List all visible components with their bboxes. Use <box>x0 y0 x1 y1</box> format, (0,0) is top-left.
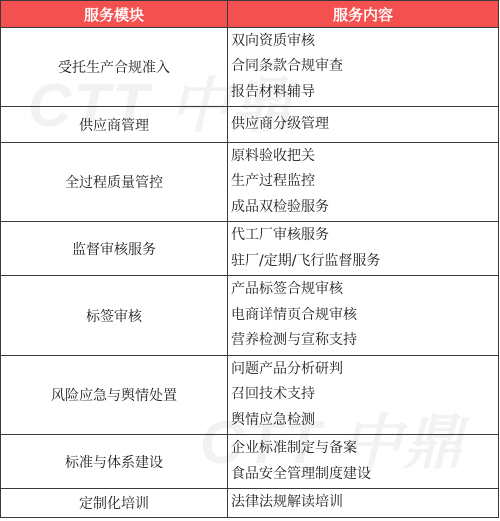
content-cell: 代工厂审核服务 驻厂/定期/飞行监督服务 <box>228 222 499 276</box>
table-row: 全过程质量管控 原料验收把关 生产过程监控 成品双检验服务 <box>1 143 499 222</box>
module-cell: 全过程质量管控 <box>1 143 228 222</box>
table-row: 标签审核 产品标签合规审核 电商详情页合规审核 营养检测与宣称支持 <box>1 276 499 356</box>
module-cell: 受托生产合规准入 <box>1 28 228 107</box>
content-item: 生产过程监控 <box>231 169 498 195</box>
module-cell: 标签审核 <box>1 276 228 356</box>
content-item: 原料验收把关 <box>231 144 498 170</box>
table-row: 监督审核服务 代工厂审核服务 驻厂/定期/飞行监督服务 <box>1 222 499 276</box>
table-row: 定制化培训 法律法规解读培训 <box>1 489 499 518</box>
header-service-module: 服务模块 <box>1 1 228 28</box>
content-item: 召回技术支持 <box>231 382 498 408</box>
module-cell: 供应商管理 <box>1 107 228 143</box>
content-item: 代工厂审核服务 <box>231 223 498 249</box>
content-cell: 产品标签合规审核 电商详情页合规审核 营养检测与宣称支持 <box>228 276 499 356</box>
module-cell: 监督审核服务 <box>1 222 228 276</box>
content-item: 电商详情页合规审核 <box>231 303 498 329</box>
content-item: 食品安全管理制度建设 <box>231 462 498 488</box>
header-service-content: 服务内容 <box>228 1 499 28</box>
module-cell: 标准与体系建设 <box>1 435 228 489</box>
module-cell: 风险应急与舆情处置 <box>1 356 228 435</box>
table-row: 风险应急与舆情处置 问题产品分析研判 召回技术支持 舆情应急检测 <box>1 356 499 435</box>
content-cell: 法律法规解读培训 <box>228 489 499 518</box>
content-cell: 问题产品分析研判 召回技术支持 舆情应急检测 <box>228 356 499 435</box>
table-row: 受托生产合规准入 双向资质审核 合同条款合规审查 报告材料辅导 <box>1 28 499 107</box>
table-row: 供应商管理 供应商分级管理 <box>1 107 499 143</box>
content-item: 产品标签合规审核 <box>231 277 498 303</box>
module-cell: 定制化培训 <box>1 489 228 518</box>
header-row: 服务模块 服务内容 <box>1 1 499 28</box>
content-cell: 双向资质审核 合同条款合规审查 报告材料辅导 <box>228 28 499 107</box>
content-item: 法律法规解读培训 <box>231 490 498 516</box>
table-row: 标准与体系建设 企业标准制定与备案 食品安全管理制度建设 <box>1 435 499 489</box>
content-cell: 企业标准制定与备案 食品安全管理制度建设 <box>228 435 499 489</box>
content-item: 供应商分级管理 <box>231 112 498 138</box>
content-item: 问题产品分析研判 <box>231 357 498 383</box>
content-item: 合同条款合规审查 <box>231 54 498 80</box>
content-item: 报告材料辅导 <box>231 80 498 106</box>
content-item: 双向资质审核 <box>231 29 498 55</box>
content-item: 营养检测与宣称支持 <box>231 328 498 354</box>
content-cell: 供应商分级管理 <box>228 107 499 143</box>
content-cell: 原料验收把关 生产过程监控 成品双检验服务 <box>228 143 499 222</box>
services-table: 服务模块 服务内容 受托生产合规准入 双向资质审核 合同条款合规审查 报告材料辅… <box>0 0 499 518</box>
content-item: 舆情应急检测 <box>231 408 498 434</box>
content-item: 成品双检验服务 <box>231 195 498 221</box>
content-item: 驻厂/定期/飞行监督服务 <box>231 249 498 275</box>
content-item: 企业标准制定与备案 <box>231 436 498 462</box>
